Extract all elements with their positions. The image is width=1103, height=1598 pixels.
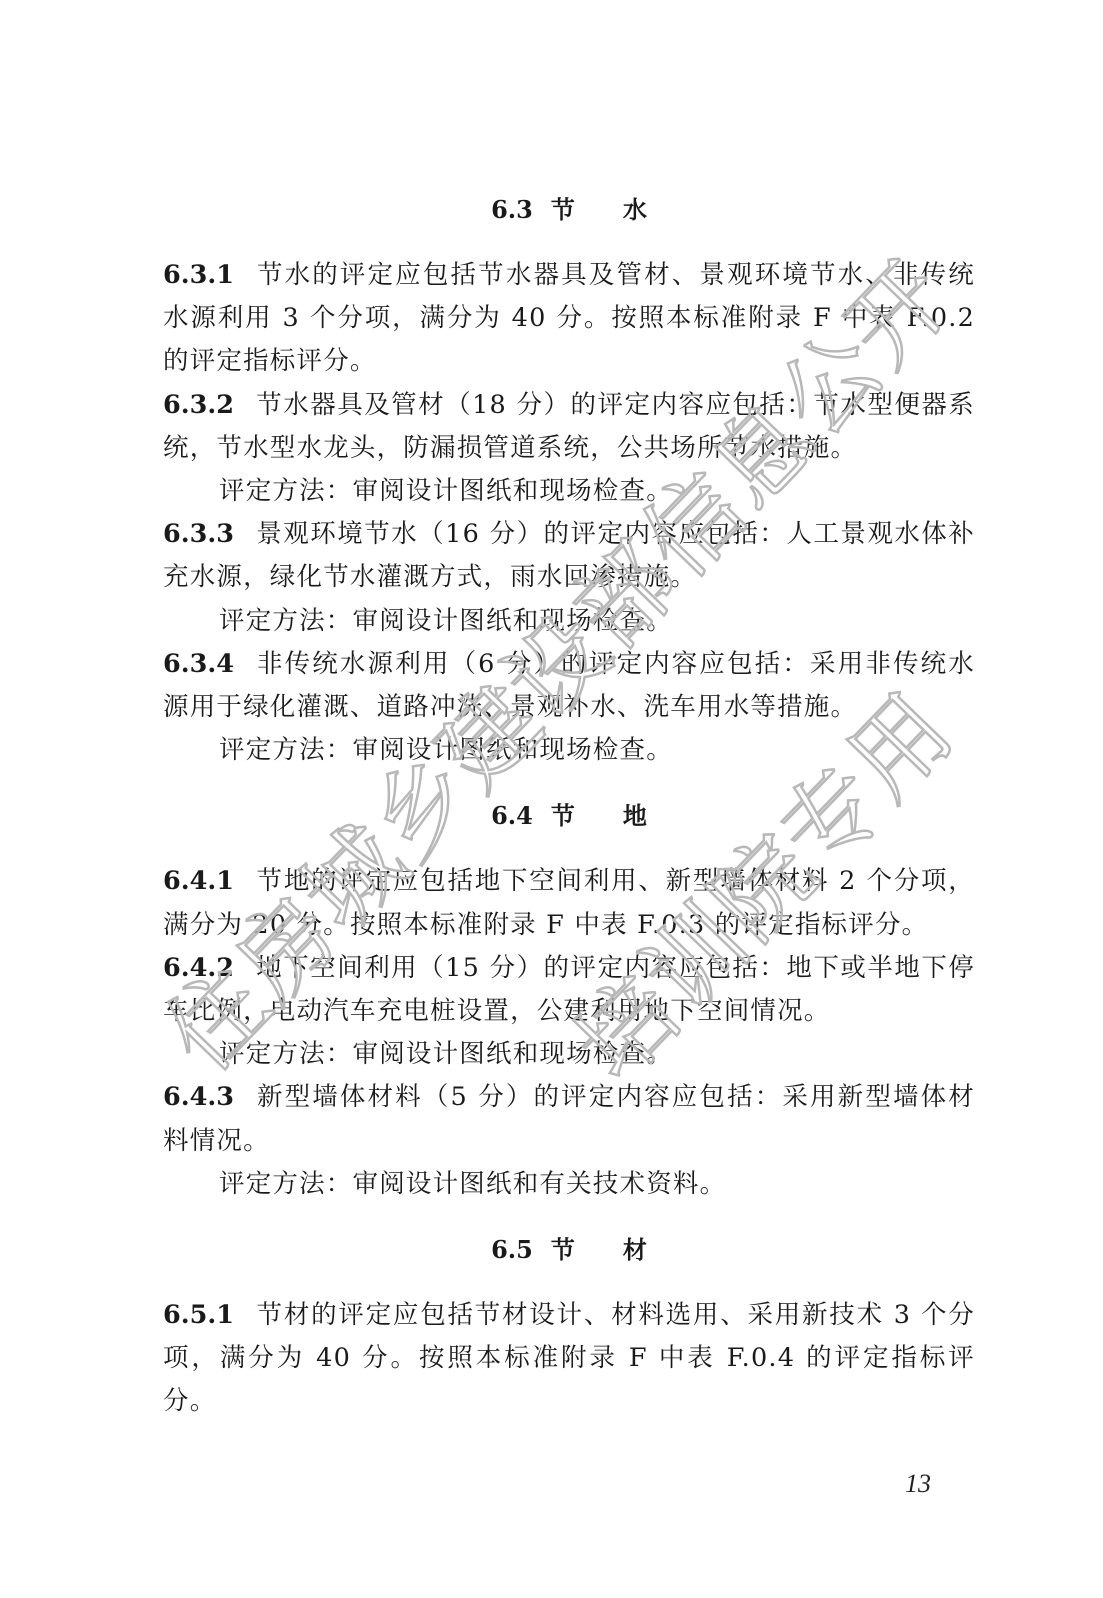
section-title-char: 水 — [623, 195, 647, 224]
clause-text: 节地的评定应包括地下空间利用、新型墙体材料 2 个分项，满分为 20 分。按照本… — [163, 866, 975, 939]
evaluation-method: 评定方法：审阅设计图纸和现场检查。 — [163, 1033, 975, 1076]
clause-number: 6.3.3 — [163, 519, 234, 549]
section-heading-6-4: 6.4节地 — [163, 793, 975, 838]
evaluation-method: 评定方法：审阅设计图纸和有关技术资料。 — [163, 1163, 975, 1206]
clause-text: 新型墙体材料（5 分）的评定内容应包括：采用新型墙体材料情况。 — [163, 1082, 975, 1155]
evaluation-method: 评定方法：审阅设计图纸和现场检查。 — [163, 600, 975, 643]
clause-6-4-2: 6.4.2地下空间利用（15 分）的评定内容应包括：地下或半地下停车比例，电动汽… — [163, 947, 975, 1033]
section-title-char: 节 — [551, 195, 575, 224]
clause-6-3-2: 6.3.2节水器具及管材（18 分）的评定内容应包括：节水型便器系统，节水型水龙… — [163, 384, 975, 470]
section-title-char: 节 — [551, 801, 575, 830]
section-heading-6-5: 6.5节材 — [163, 1227, 975, 1272]
clause-number: 6.5.1 — [163, 1300, 234, 1330]
clause-text: 节水器具及管材（18 分）的评定内容应包括：节水型便器系统，节水型水龙头，防漏损… — [163, 390, 975, 463]
clause-6-3-4: 6.3.4非传统水源利用（6 分）的评定内容应包括：采用非传统水源用于绿化灌溉、… — [163, 643, 975, 729]
section-title-char: 节 — [551, 1235, 575, 1264]
page-number: 13 — [905, 1469, 931, 1499]
clause-text: 景观环境节水（16 分）的评定内容应包括：人工景观水体补充水源，绿化节水灌溉方式… — [163, 519, 975, 592]
clause-number: 6.3.4 — [163, 649, 234, 679]
section-title-char: 材 — [623, 1235, 647, 1264]
section-title-char: 地 — [623, 801, 647, 830]
clause-6-3-3: 6.3.3景观环境节水（16 分）的评定内容应包括：人工景观水体补充水源，绿化节… — [163, 513, 975, 599]
section-number: 6.5 — [491, 1235, 533, 1264]
clause-6-4-3: 6.4.3新型墙体材料（5 分）的评定内容应包括：采用新型墙体材料情况。 — [163, 1076, 975, 1162]
clause-number: 6.4.3 — [163, 1082, 234, 1112]
clause-number: 6.4.2 — [163, 953, 234, 983]
section-number: 6.4 — [491, 801, 533, 830]
clause-number: 6.3.1 — [163, 260, 234, 290]
clause-6-5-1: 6.5.1节材的评定应包括节材设计、材料选用、采用新技术 3 个分项，满分为 4… — [163, 1294, 975, 1424]
evaluation-method: 评定方法：审阅设计图纸和现场检查。 — [163, 729, 975, 772]
evaluation-method: 评定方法：审阅设计图纸和现场检查。 — [163, 470, 975, 513]
clause-number: 6.3.2 — [163, 390, 234, 420]
clause-6-3-1: 6.3.1节水的评定应包括节水器具及管材、景观环境节水、非传统水源利用 3 个分… — [163, 254, 975, 384]
clause-text: 非传统水源利用（6 分）的评定内容应包括：采用非传统水源用于绿化灌溉、道路冲洗、… — [163, 649, 975, 722]
document-page: 6.3节水 6.3.1节水的评定应包括节水器具及管材、景观环境节水、非传统水源利… — [0, 0, 1103, 1598]
section-heading-6-3: 6.3节水 — [163, 187, 975, 232]
clause-6-4-1: 6.4.1节地的评定应包括地下空间利用、新型墙体材料 2 个分项，满分为 20 … — [163, 860, 975, 946]
clause-text: 地下空间利用（15 分）的评定内容应包括：地下或半地下停车比例，电动汽车充电桩设… — [163, 953, 975, 1026]
text-column: 6.3节水 6.3.1节水的评定应包括节水器具及管材、景观环境节水、非传统水源利… — [163, 187, 975, 1424]
clause-text: 节材的评定应包括节材设计、材料选用、采用新技术 3 个分项，满分为 40 分。按… — [163, 1300, 975, 1416]
clause-text: 节水的评定应包括节水器具及管材、景观环境节水、非传统水源利用 3 个分项，满分为… — [163, 260, 975, 376]
section-number: 6.3 — [491, 195, 533, 224]
clause-number: 6.4.1 — [163, 866, 234, 896]
